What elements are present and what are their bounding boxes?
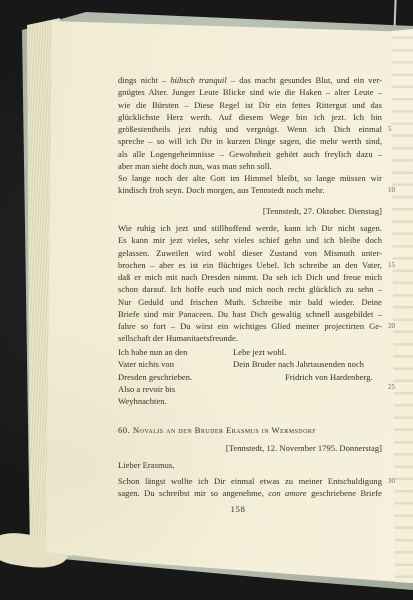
text-line: als alle Logengeheimnisse – Gewohnheit g… xyxy=(118,148,382,160)
italic-phrase: hübsch tranquil xyxy=(170,75,226,85)
text-segment: sagen. Du schreibst mir so angenehme, xyxy=(118,488,268,498)
text-line: Schon längst wollte ich Dir einmal etwas… xyxy=(118,475,382,487)
paragraph-so-lange: So lange noch der alte Gott im Himmel bl… xyxy=(118,172,382,197)
text-line: Briefe sind mir Panaceen. Du hast Dich g… xyxy=(118,308,382,320)
paragraph-schon-laengst: Schon längst wollte ich Dir einmal etwas… xyxy=(118,475,382,500)
text-line: [Tennstedt, 12. November 1795. Donnersta… xyxy=(118,442,382,454)
margin-line-number-15: 15 xyxy=(388,261,404,269)
text-segment: – das macht gesundes Blut, und ein ver- xyxy=(227,75,382,85)
text-line: [Tennstedt, 27. Oktober. Dienstag] xyxy=(118,205,382,217)
text-line: wie die Bürsten – Diese Regel ist Dir ei… xyxy=(118,99,382,111)
letter-60-heading: 60. Novalis an den Bruder Erasmus in Wer… xyxy=(118,424,382,436)
text-line: schon darauf. Ich hoffe euch und mich no… xyxy=(118,283,382,295)
text-line: daß er mich mit nach Dresden nimmt. Da s… xyxy=(118,271,382,283)
text-line: sagen. Du schreibst mir so angenehme, co… xyxy=(118,487,382,499)
text-line: aber man sieht doch nun, was man sehn so… xyxy=(118,160,382,172)
text-line: Vater nichts von xyxy=(118,358,238,370)
dateline-27-oktober: [Tennstedt, 27. Oktober. Dienstag] xyxy=(118,205,382,217)
closing-right-column: Lebe jezt wohl. Dein Bruder nach Jahrtau… xyxy=(233,346,398,383)
italic-phrase: con amore xyxy=(268,488,306,498)
text-line: spreche – so will ich Dir in kurzen Ding… xyxy=(118,135,382,147)
page-number: 158 xyxy=(118,504,358,514)
text-line: Lieber Erasmus, xyxy=(118,459,382,471)
text-line: gelassen. Zuweilen wird wohl dieser Zust… xyxy=(118,247,382,259)
text-line: Wie ruhig ich jezt und stillhoffend werd… xyxy=(118,222,382,234)
text-line: sellschaft der Humanitaetsfreunde. xyxy=(118,332,382,344)
paragraph-continuation: dings nicht – hübsch tranquil – das mach… xyxy=(118,74,382,172)
paragraph-wie-ruhig: Wie ruhig ich jezt und stillhoffend werd… xyxy=(118,222,382,345)
letter-heading: 60. Novalis an den Bruder Erasmus in Wer… xyxy=(118,424,382,436)
book-photo: dings nicht – hübsch tranquil – das mach… xyxy=(0,0,413,600)
text-line: kindisch froh seyn. Doch morgen, aus Ten… xyxy=(118,184,382,196)
text-line: Weyhnachten. xyxy=(118,395,238,407)
dateline-12-november: [Tennstedt, 12. November 1795. Donnersta… xyxy=(118,442,382,454)
text-line: gnügtes Alter. Junger Leute Blicke sind … xyxy=(118,86,382,98)
text-line: Ich habe nun an den xyxy=(118,346,238,358)
closing-left-column: Ich habe nun an den Vater nichts von Dre… xyxy=(118,346,238,407)
text-line: fahre so fort – Du wirst ein wichtiges G… xyxy=(118,320,382,332)
signature-line: Fridrich von Hardenberg. xyxy=(285,371,398,383)
letter-closing: Ich habe nun an den Vater nichts von Dre… xyxy=(118,346,382,408)
margin-line-number-10: 10 xyxy=(388,186,404,194)
margin-line-number-5: 5 xyxy=(388,125,404,133)
text-segment: geschriebene Briefe xyxy=(307,488,382,498)
text-line: Nur Geduld und frischen Muth. Schreibe m… xyxy=(118,296,382,308)
text-segment: dings nicht – xyxy=(118,75,170,85)
text-line: Dein Bruder nach Jahrtausenden noch xyxy=(233,358,398,370)
text-line: brochen – aber es ist ein flüchtiges Ueb… xyxy=(118,259,382,271)
salutation: Lieber Erasmus, xyxy=(118,459,382,471)
text-line: Also a revoir bis xyxy=(118,383,238,395)
margin-line-number-30: 30 xyxy=(388,477,404,485)
text-line: glücklichste Herz werth. Auf diesem Wege… xyxy=(118,111,382,123)
text-line: Es kann mir jezt vieles, sehr vieles sch… xyxy=(118,234,382,246)
text-line: Dresden geschrieben. xyxy=(118,371,238,383)
text-line: größestentheils jezt ruhig und vergnügt.… xyxy=(118,123,382,135)
text-line: Lebe jezt wohl. xyxy=(233,346,398,358)
text-line: dings nicht – hübsch tranquil – das mach… xyxy=(118,74,382,86)
text-line: So lange noch der alte Gott im Himmel bl… xyxy=(118,172,382,184)
margin-line-number-20: 20 xyxy=(388,322,404,330)
margin-line-number-25: 25 xyxy=(388,383,404,391)
